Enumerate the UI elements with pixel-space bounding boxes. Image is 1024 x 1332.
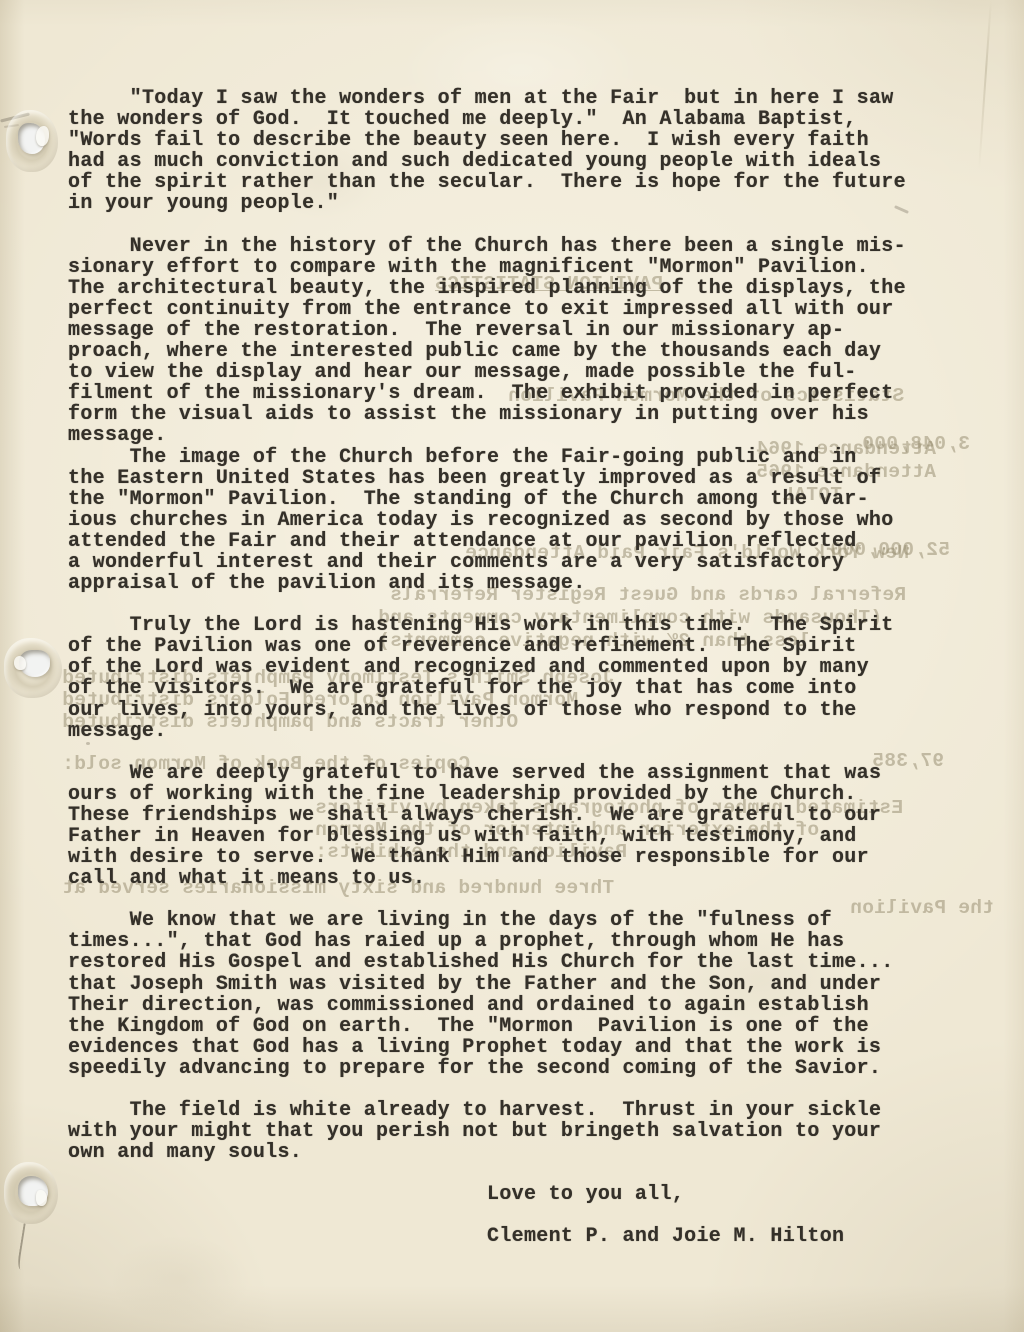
letter-body: "Today I saw the wonders of men at the F… — [68, 88, 978, 1248]
letter-paragraph: We are deeply grateful to have served th… — [68, 763, 978, 890]
letter-page: PAVILION STATISTICS Statistics of the Mo… — [0, 0, 1024, 1332]
letter-paragraph: Truly the Lord is hastening His work in … — [68, 615, 978, 742]
signature-line: Clement P. and Joie M. Hilton — [487, 1226, 978, 1247]
letter-paragraph: Never in the history of the Church has t… — [68, 236, 978, 447]
punch-hole-middle — [4, 638, 62, 698]
punch-hole-top — [6, 110, 58, 172]
closing-line: Love to you all, — [487, 1184, 978, 1205]
punch-hole-bottom — [4, 1162, 58, 1224]
letter-paragraph: We know that we are living in the days o… — [68, 910, 978, 1079]
letter-paragraph: The field is white already to harvest. T… — [68, 1100, 978, 1163]
letter-paragraph: "Today I saw the wonders of men at the F… — [68, 88, 978, 215]
letter-paragraph: The image of the Church before the Fair-… — [68, 447, 978, 595]
